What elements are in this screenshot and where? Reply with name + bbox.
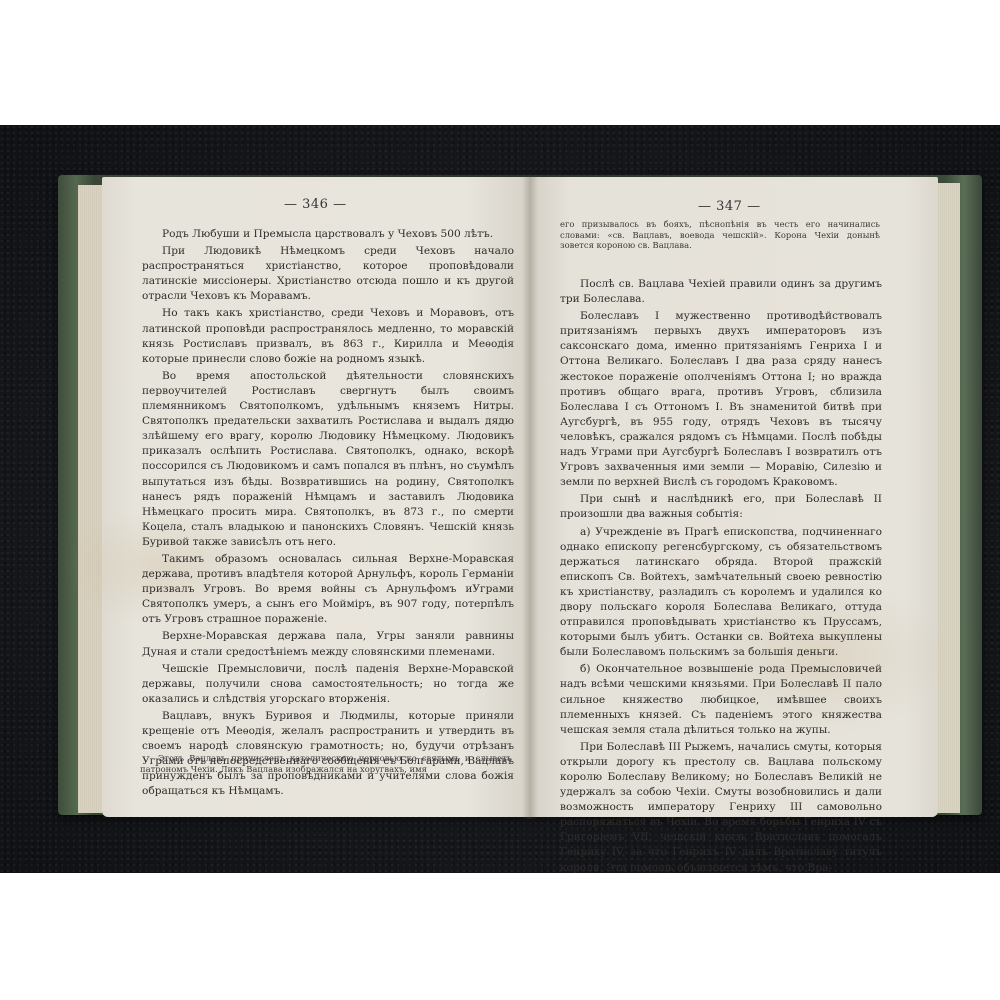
paragraph: При сынѣ и наслѣдникѣ его, при Болеславѣ… bbox=[560, 492, 882, 522]
left-page-body: Родъ Любуши и Премысла царствовалъ у Чех… bbox=[142, 227, 514, 801]
book-photograph: — 346 — Родъ Любуши и Премысла царствова… bbox=[0, 125, 1000, 873]
footnote-text: Этотъ Вацлавъ причисленъ католическою це… bbox=[140, 753, 512, 774]
left-page: — 346 — Родъ Любуши и Премысла царствова… bbox=[102, 177, 530, 817]
paragraph: б) Окончательное возвышеніе рода Премысл… bbox=[560, 662, 882, 737]
paragraph: Болеславъ I мужественно противодѣйствова… bbox=[560, 309, 882, 490]
page-number-right: — 347 — bbox=[698, 199, 761, 214]
footnote-text: его призывалось въ бояхъ, пѣснопѣнія въ … bbox=[560, 219, 880, 251]
left-page-edges bbox=[78, 185, 102, 813]
page-number-left: — 346 — bbox=[284, 197, 347, 212]
paragraph: Чешскіе Премысловичи, послѣ паденія Верх… bbox=[142, 662, 514, 707]
paragraph: а) Учрежденіе въ Прагѣ епископства, подч… bbox=[560, 525, 882, 661]
right-page: — 347 — его призывалось въ бояхъ, пѣсноп… bbox=[530, 177, 938, 817]
paragraph: Послѣ св. Вацлава Чехіей правили одинъ з… bbox=[560, 277, 882, 307]
paragraph: Верхне-Моравская держава пала, Угры заня… bbox=[142, 629, 514, 659]
paragraph: Такимъ образомъ основалась сильная Верхн… bbox=[142, 552, 514, 627]
paragraph: Родъ Любуши и Премысла царствовалъ у Чех… bbox=[142, 227, 514, 242]
paragraph: При Людовикѣ Нѣмецкомъ среди Чеховъ нача… bbox=[142, 244, 514, 304]
right-page-footnote-continued: его призывалось въ бояхъ, пѣснопѣнія въ … bbox=[560, 219, 880, 251]
right-page-edges bbox=[936, 183, 960, 813]
left-page-footnote: Этотъ Вацлавъ причисленъ католическою це… bbox=[140, 753, 512, 774]
paragraph: Но такъ какъ христіанство, среди Чеховъ … bbox=[142, 306, 514, 366]
paragraph: При Болеславѣ III Рыжемъ, начались смуты… bbox=[560, 740, 882, 873]
right-page-body: Послѣ св. Вацлава Чехіей правили одинъ з… bbox=[560, 277, 882, 873]
book-gutter bbox=[522, 177, 538, 819]
paragraph: Во время апостольской дѣятельности словя… bbox=[142, 369, 514, 550]
